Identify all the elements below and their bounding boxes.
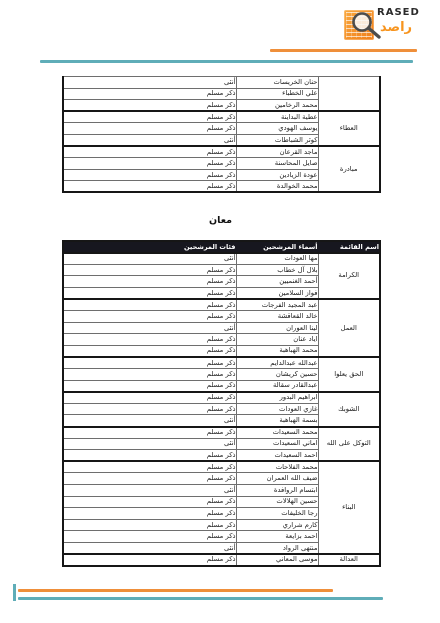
header-divider-teal — [40, 60, 413, 63]
table-row: العملعبد المجيد الفرجاتذكر مسلم — [63, 299, 380, 311]
candidate-category-cell: ذكر مسلم — [63, 427, 236, 439]
footer-divider-teal — [18, 597, 383, 600]
candidate-category-cell: ذكر مسلم — [63, 531, 236, 543]
candidate-name-cell: اياد عنان — [236, 334, 318, 346]
table-row: الحق يعلواعبدالله عبدالدايمذكر مسلم — [63, 357, 380, 369]
candidate-name-cell: بلال آل خطاب — [236, 264, 318, 276]
candidate-name-cell: حسين الهلالات — [236, 496, 318, 508]
candidate-name-cell: عبدالله عبدالدايم — [236, 357, 318, 369]
candidate-category-cell: ذكر مسلم — [63, 88, 236, 100]
candidate-category-cell: ذكر مسلم — [63, 334, 236, 346]
table-row: مبادرةماجد القرعانذكر مسلم — [63, 146, 380, 158]
candidate-name-cell: محمد الهباهبة — [236, 345, 318, 357]
candidate-name-cell: عودة الزيادين — [236, 169, 318, 181]
candidate-category-cell: ذكر مسلم — [63, 264, 236, 276]
rased-logo: RASED راصد — [344, 7, 419, 45]
list-name-cell: الشوبك — [318, 392, 380, 427]
header-divider-orange — [270, 49, 417, 52]
candidate-category-cell: أنثى — [63, 77, 236, 89]
footer-tick-teal — [13, 584, 16, 601]
list-name-cell: مبادرة — [318, 146, 380, 192]
candidate-name-cell: غازي العودات — [236, 403, 318, 415]
candidate-name-cell: منتهى الرواد — [236, 542, 318, 554]
candidate-name-cell: احمد بزايعة — [236, 531, 318, 543]
list-name-cell: التوكل على الله — [318, 427, 380, 462]
candidate-name-cell: اماني السعيدات — [236, 438, 318, 450]
candidate-category-cell: ذكر مسلم — [63, 496, 236, 508]
table-row: الشوبكابراهيم البدورذكر مسلم — [63, 392, 380, 404]
column-header-list: اسم القائمة — [318, 241, 380, 253]
candidate-name-cell: حسين كريشان — [236, 369, 318, 381]
candidate-category-cell: أنثى — [63, 253, 236, 265]
report-page: RASED راصد حنان الخريساتأنثىعلي الخطباءذ… — [0, 0, 440, 623]
candidate-name-cell: يوسف الهودي — [236, 123, 318, 135]
candidate-name-cell: بسمة الهباهبة — [236, 415, 318, 427]
candidate-name-cell: احمد السعيدات — [236, 450, 318, 462]
column-header-names: أسماء المرشحين — [236, 241, 318, 253]
candidate-name-cell: لينا العوران — [236, 322, 318, 334]
logo-text-ar: راصد — [380, 20, 412, 36]
candidate-name-cell: ضيف الله العمران — [236, 473, 318, 485]
footer-divider-orange — [18, 589, 333, 592]
table-row: العطاءعطية البداينةذكر مسلم — [63, 111, 380, 123]
list-name-cell: العمل — [318, 299, 380, 357]
list-name-cell: البناء — [318, 461, 380, 554]
candidate-category-cell: ذكر مسلم — [63, 100, 236, 112]
candidate-category-cell: ذكر مسلم — [63, 403, 236, 415]
candidate-name-cell: كارم شراري — [236, 519, 318, 531]
table-row: البناءمحمد الفلاحاتذكر مسلم — [63, 461, 380, 473]
logo-text-en: RASED — [377, 8, 420, 18]
table-row: الكرامةمها العوداتأنثى — [63, 253, 380, 265]
candidate-category-cell: أنثى — [63, 484, 236, 496]
candidate-category-cell: ذكر مسلم — [63, 392, 236, 404]
table-row: التوكل على اللهمحمد السعيداتذكر مسلم — [63, 427, 380, 439]
candidate-category-cell: ذكر مسلم — [63, 181, 236, 193]
candidates-table-maan: اسم القائمةأسماء المرشحينفئات المرشحينال… — [62, 240, 381, 567]
candidate-category-cell: ذكر مسلم — [63, 554, 236, 566]
candidate-name-cell: أحمد الغنميين — [236, 276, 318, 288]
candidate-name-cell: ماجد القرعان — [236, 146, 318, 158]
candidate-category-cell: أنثى — [63, 134, 236, 146]
candidate-name-cell: حنان الخريسات — [236, 77, 318, 89]
candidate-name-cell: فواز السلامين — [236, 287, 318, 299]
candidate-name-cell: صايل المحاسنة — [236, 158, 318, 170]
candidate-category-cell: أنثى — [63, 322, 236, 334]
candidate-name-cell: محمد الخوالدة — [236, 181, 318, 193]
candidate-name-cell: مها العودات — [236, 253, 318, 265]
table-header-row: اسم القائمةأسماء المرشحينفئات المرشحين — [63, 241, 380, 253]
candidate-name-cell: عطية البداينة — [236, 111, 318, 123]
candidate-name-cell: محمد الفلاحات — [236, 461, 318, 473]
candidate-name-cell: خالد القعاقشة — [236, 311, 318, 323]
candidate-category-cell: ذكر مسلم — [63, 357, 236, 369]
list-name-cell: الكرامة — [318, 253, 380, 299]
candidate-category-cell: ذكر مسلم — [63, 508, 236, 520]
list-name-cell: العدالة — [318, 554, 380, 566]
candidate-name-cell: ابتسام الروافدة — [236, 484, 318, 496]
candidate-name-cell: محمد السعيدات — [236, 427, 318, 439]
candidate-name-cell: عبدالقادر سقالة — [236, 380, 318, 392]
candidates-table-continuation: حنان الخريساتأنثىعلي الخطباءذكر مسلممحمد… — [62, 76, 381, 193]
section-title: معان — [62, 215, 379, 226]
candidate-name-cell: محمد الرخامين — [236, 100, 318, 112]
candidate-category-cell: ذكر مسلم — [63, 345, 236, 357]
candidate-name-cell: علي الخطباء — [236, 88, 318, 100]
candidate-category-cell: أنثى — [63, 415, 236, 427]
candidate-category-cell: ذكر مسلم — [63, 111, 236, 123]
candidate-category-cell: ذكر مسلم — [63, 287, 236, 299]
candidate-name-cell: عبد المجيد الفرجات — [236, 299, 318, 311]
candidate-category-cell: ذكر مسلم — [63, 519, 236, 531]
candidate-category-cell: ذكر مسلم — [63, 146, 236, 158]
table-row: حنان الخريساتأنثى — [63, 77, 380, 89]
candidate-name-cell: موسى المعاني — [236, 554, 318, 566]
candidate-category-cell: ذكر مسلم — [63, 123, 236, 135]
list-name-cell: العطاء — [318, 111, 380, 146]
candidate-category-cell: ذكر مسلم — [63, 461, 236, 473]
candidate-name-cell: كوثر الشباطات — [236, 134, 318, 146]
candidate-category-cell: ذكر مسلم — [63, 311, 236, 323]
table-row: العدالةموسى المعانيذكر مسلم — [63, 554, 380, 566]
candidate-category-cell: ذكر مسلم — [63, 380, 236, 392]
candidate-category-cell: ذكر مسلم — [63, 450, 236, 462]
candidate-category-cell: ذكر مسلم — [63, 473, 236, 485]
candidate-name-cell: رجا الخليفات — [236, 508, 318, 520]
candidate-category-cell: ذكر مسلم — [63, 299, 236, 311]
candidate-category-cell: ذكر مسلم — [63, 169, 236, 181]
list-name-cell: الحق يعلوا — [318, 357, 380, 392]
candidate-category-cell: أنثى — [63, 438, 236, 450]
candidate-category-cell: ذكر مسلم — [63, 369, 236, 381]
candidate-category-cell: ذكر مسلم — [63, 276, 236, 288]
candidate-name-cell: ابراهيم البدور — [236, 392, 318, 404]
list-name-cell — [318, 77, 380, 112]
candidate-category-cell: ذكر مسلم — [63, 158, 236, 170]
candidate-category-cell: أنثى — [63, 542, 236, 554]
column-header-cats: فئات المرشحين — [63, 241, 236, 253]
